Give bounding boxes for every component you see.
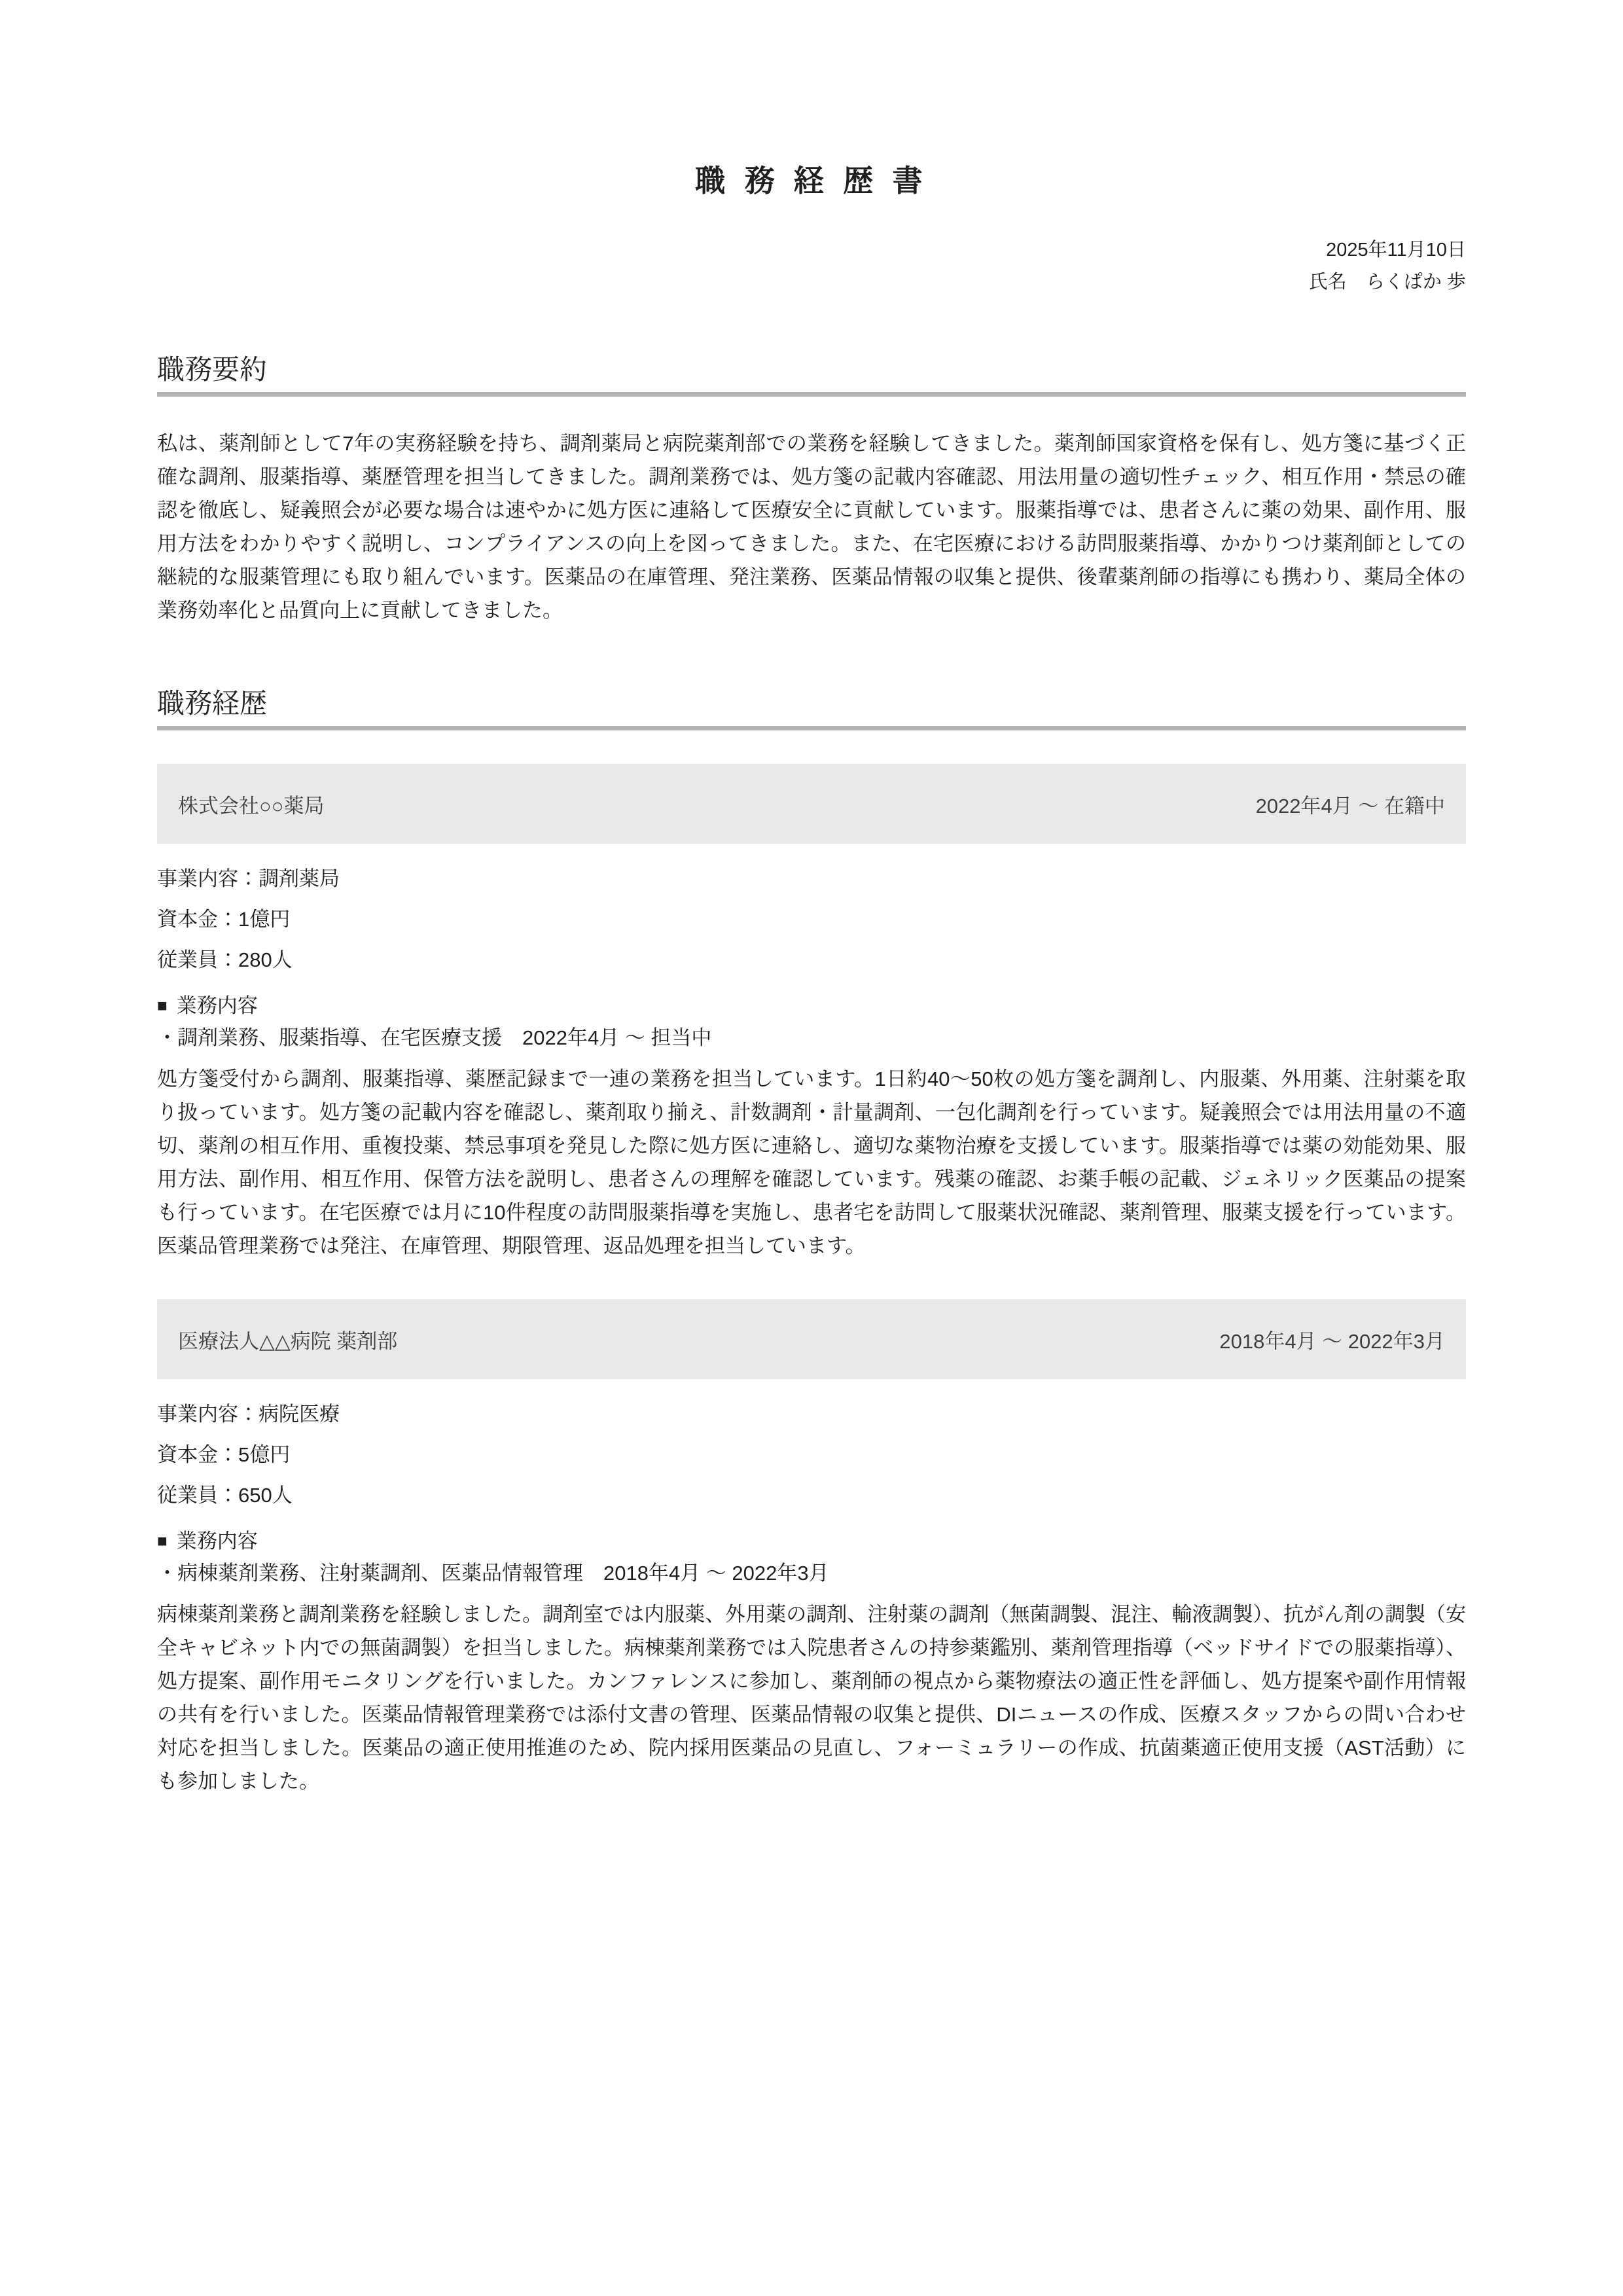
history-section-divider xyxy=(157,726,1466,730)
resume-document-page: 職 務 経 歴 書 2025年11月10日 氏名 らくぱか 歩 職務要約 私は、… xyxy=(0,0,1623,2296)
square-bullet-icon: ■ xyxy=(157,1531,168,1551)
company-2-header: 医療法人△△病院 薬剤部 2018年4月 〜 2022年3月 xyxy=(157,1299,1466,1379)
company-1-duties-heading: ■ 業務内容 xyxy=(157,996,1466,1016)
company-1-period: 2022年4月 〜 在籍中 xyxy=(1256,789,1445,819)
document-date: 2025年11月10日 xyxy=(157,241,1466,260)
company-2-duties-summary: ・病棟薬剤業務、注射薬調剤、医薬品情報管理 2018年4月 〜 2022年3月 xyxy=(157,1563,1466,1583)
applicant-name: 氏名 らくぱか 歩 xyxy=(157,273,1466,292)
document-content: 職 務 経 歴 書 2025年11月10日 氏名 らくぱか 歩 職務要約 私は、… xyxy=(157,0,1466,1798)
summary-section-heading: 職務要約 xyxy=(157,356,1466,384)
summary-section-divider xyxy=(157,392,1466,397)
summary-paragraph: 私は、薬剤師として7年の実務経験を持ち、調剤薬局と病院薬剤部での業務を経験してき… xyxy=(157,427,1466,627)
company-2-capital: 資本金：5億円 xyxy=(157,1444,1466,1465)
company-2-business: 事業内容：病院医療 xyxy=(157,1404,1466,1424)
company-1-capital: 資本金：1億円 xyxy=(157,909,1466,929)
company-1-duties-label: 業務内容 xyxy=(177,996,258,1016)
company-1-description: 処方箋受付から調剤、服薬指導、薬歴記録まで一連の業務を担当しています。1日約40… xyxy=(157,1062,1466,1263)
company-1-employees: 従業員：280人 xyxy=(157,950,1466,970)
company-2-employees: 従業員：650人 xyxy=(157,1485,1466,1505)
company-1-name: 株式会社○○薬局 xyxy=(178,789,324,819)
history-section-heading: 職務経歴 xyxy=(157,690,1466,717)
company-2-duties-label: 業務内容 xyxy=(177,1531,258,1551)
document-title: 職 務 経 歴 書 xyxy=(157,0,1466,200)
company-2-name: 医療法人△△病院 薬剤部 xyxy=(178,1325,397,1354)
company-1-duties-summary: ・調剤業務、服薬指導、在宅医療支援 2022年4月 〜 担当中 xyxy=(157,1028,1466,1048)
company-1-header: 株式会社○○薬局 2022年4月 〜 在籍中 xyxy=(157,764,1466,844)
company-2-description: 病棟薬剤業務と調剤業務を経験しました。調剤室では内服薬、外用薬の調剤、注射薬の調… xyxy=(157,1598,1466,1798)
company-2-duties-heading: ■ 業務内容 xyxy=(157,1531,1466,1551)
document-meta: 2025年11月10日 氏名 らくぱか 歩 xyxy=(157,241,1466,292)
square-bullet-icon: ■ xyxy=(157,996,168,1016)
company-1-business: 事業内容：調剤薬局 xyxy=(157,869,1466,889)
company-2-period: 2018年4月 〜 2022年3月 xyxy=(1219,1325,1445,1354)
